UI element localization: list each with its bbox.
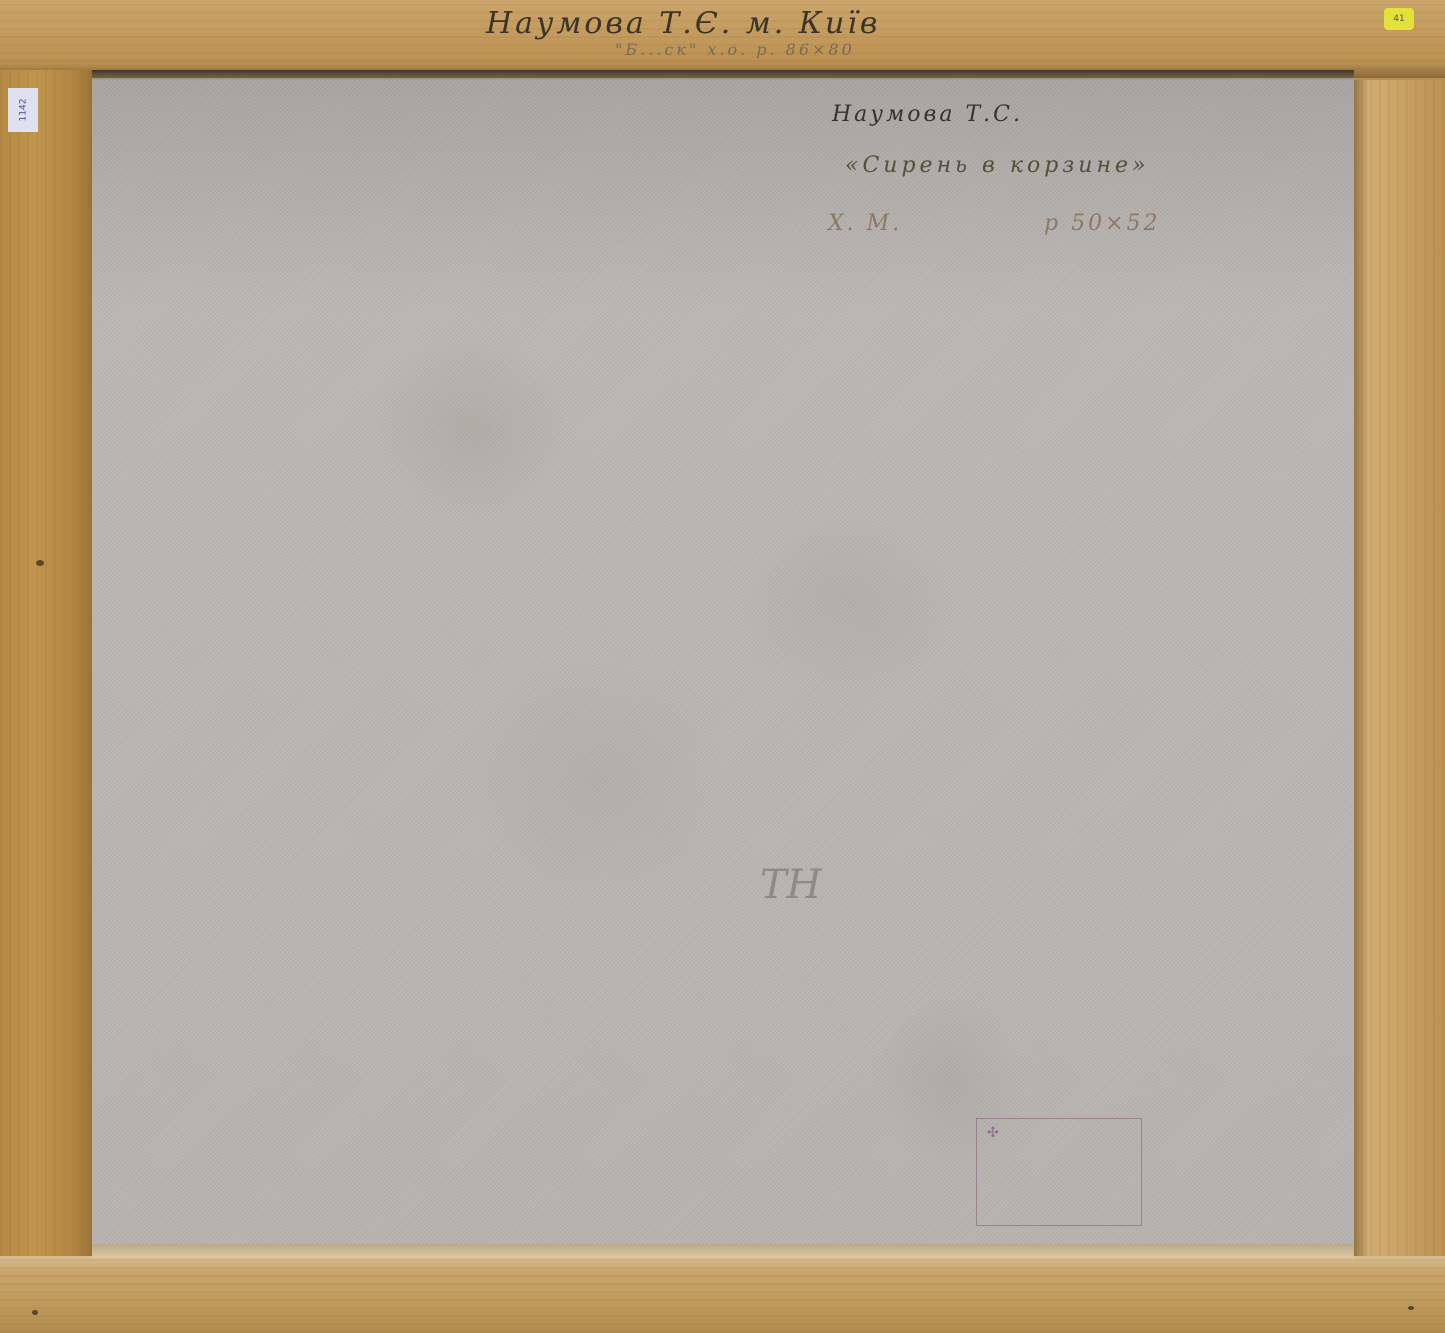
canvas-title-inscription: «Сирень в корзине» <box>845 153 1149 178</box>
frame-author-inscription: Наумова Т.Є. м. Київ <box>486 6 880 41</box>
stretcher-bottom-bar <box>0 1256 1445 1333</box>
white-sticker-label: 1142 <box>18 99 28 122</box>
yellow-inventory-sticker: 41 <box>1384 8 1414 30</box>
frame-details-inscription: "Б...ск" х.о. р. 86×80 <box>615 40 855 59</box>
stretcher-left-bar <box>0 70 92 1270</box>
canvas-top-shadow <box>92 70 1354 80</box>
stretcher-right-bar <box>1352 80 1445 1260</box>
canvas-author-inscription: Наумова Т.С. <box>832 102 1023 127</box>
linen-canvas <box>92 78 1354 1246</box>
stamp-mark-icon: ✣ <box>987 1125 999 1141</box>
white-inventory-sticker: 1142 <box>8 88 38 132</box>
canvas-bottom-edge <box>92 1244 1354 1258</box>
artist-monogram: ТН <box>760 862 822 908</box>
canvas-size-inscription: р 50×52 <box>1044 211 1161 236</box>
faded-stamp: ✣ <box>976 1118 1142 1226</box>
wood-knot <box>36 560 44 566</box>
canvas-back-photo: Наумова Т.Є. м. Київ "Б...ск" х.о. р. 86… <box>0 0 1445 1333</box>
canvas-medium-inscription: Х. М. <box>828 211 902 236</box>
wood-knot <box>1408 1306 1414 1310</box>
wood-knot <box>32 1310 38 1315</box>
yellow-sticker-label: 41 <box>1393 14 1404 24</box>
